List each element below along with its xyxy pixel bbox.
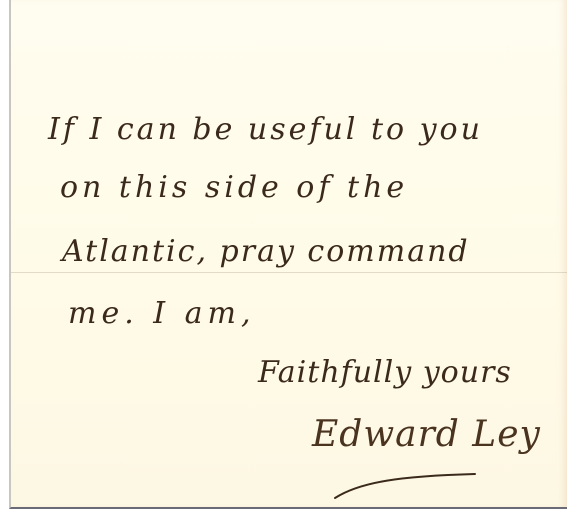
- letter-photo: If I can be useful to you on this side o…: [0, 0, 576, 516]
- letter-line-4: me. I am,: [68, 296, 256, 331]
- letter-signature: Edward Ley: [312, 414, 541, 455]
- signature-flourish-icon: [330, 470, 480, 500]
- letter-line-2: on this side of the: [60, 170, 408, 205]
- letter-line-1: If I can be useful to you: [48, 112, 483, 147]
- paper-fold-line: [11, 272, 567, 273]
- letter-line-3: Atlantic, pray command: [62, 234, 470, 269]
- letter-closing: Faithfully yours: [258, 355, 512, 390]
